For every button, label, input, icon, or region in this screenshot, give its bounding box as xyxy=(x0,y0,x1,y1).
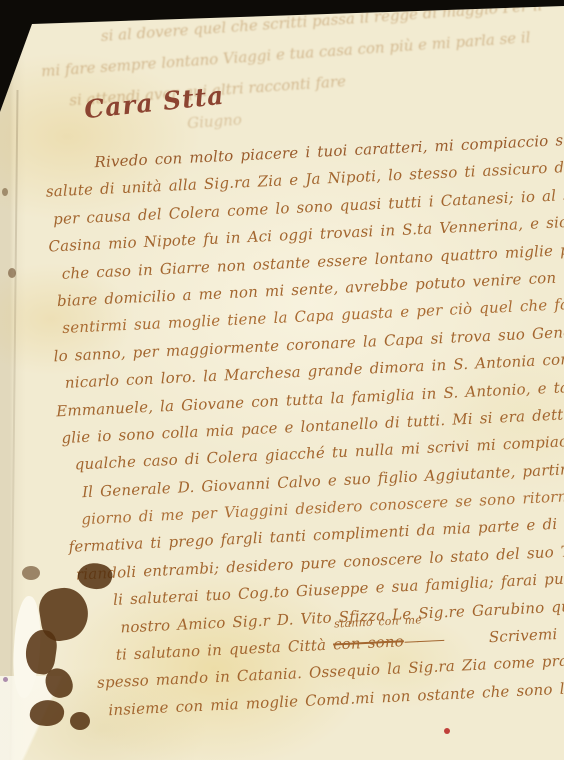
struck-through-text: con sono xyxy=(333,632,405,653)
ink-speck xyxy=(2,188,8,196)
ink-blot xyxy=(22,566,40,580)
bleedthrough-text: si al dovere quel che scritti passa il r… xyxy=(30,0,564,150)
inserted-text-above-line: stanno con me xyxy=(334,614,422,629)
paper-sheet: si al dovere quel che scritti passa il r… xyxy=(0,0,564,760)
edge-speck xyxy=(3,677,8,682)
inline-correction: stanno con mecon sono xyxy=(332,628,404,659)
correction-post-text: Scrivemi colla Posta perc xyxy=(488,619,564,647)
long-dash: ——— xyxy=(403,630,443,650)
letter-body: Rivedo con molto piacere i tuoi caratter… xyxy=(36,122,564,727)
red-ink-dot xyxy=(444,728,450,734)
ink-blot xyxy=(70,712,90,730)
ink-speck xyxy=(8,268,16,278)
scanned-letter-page: si al dovere quel che scritti passa il r… xyxy=(0,0,564,760)
